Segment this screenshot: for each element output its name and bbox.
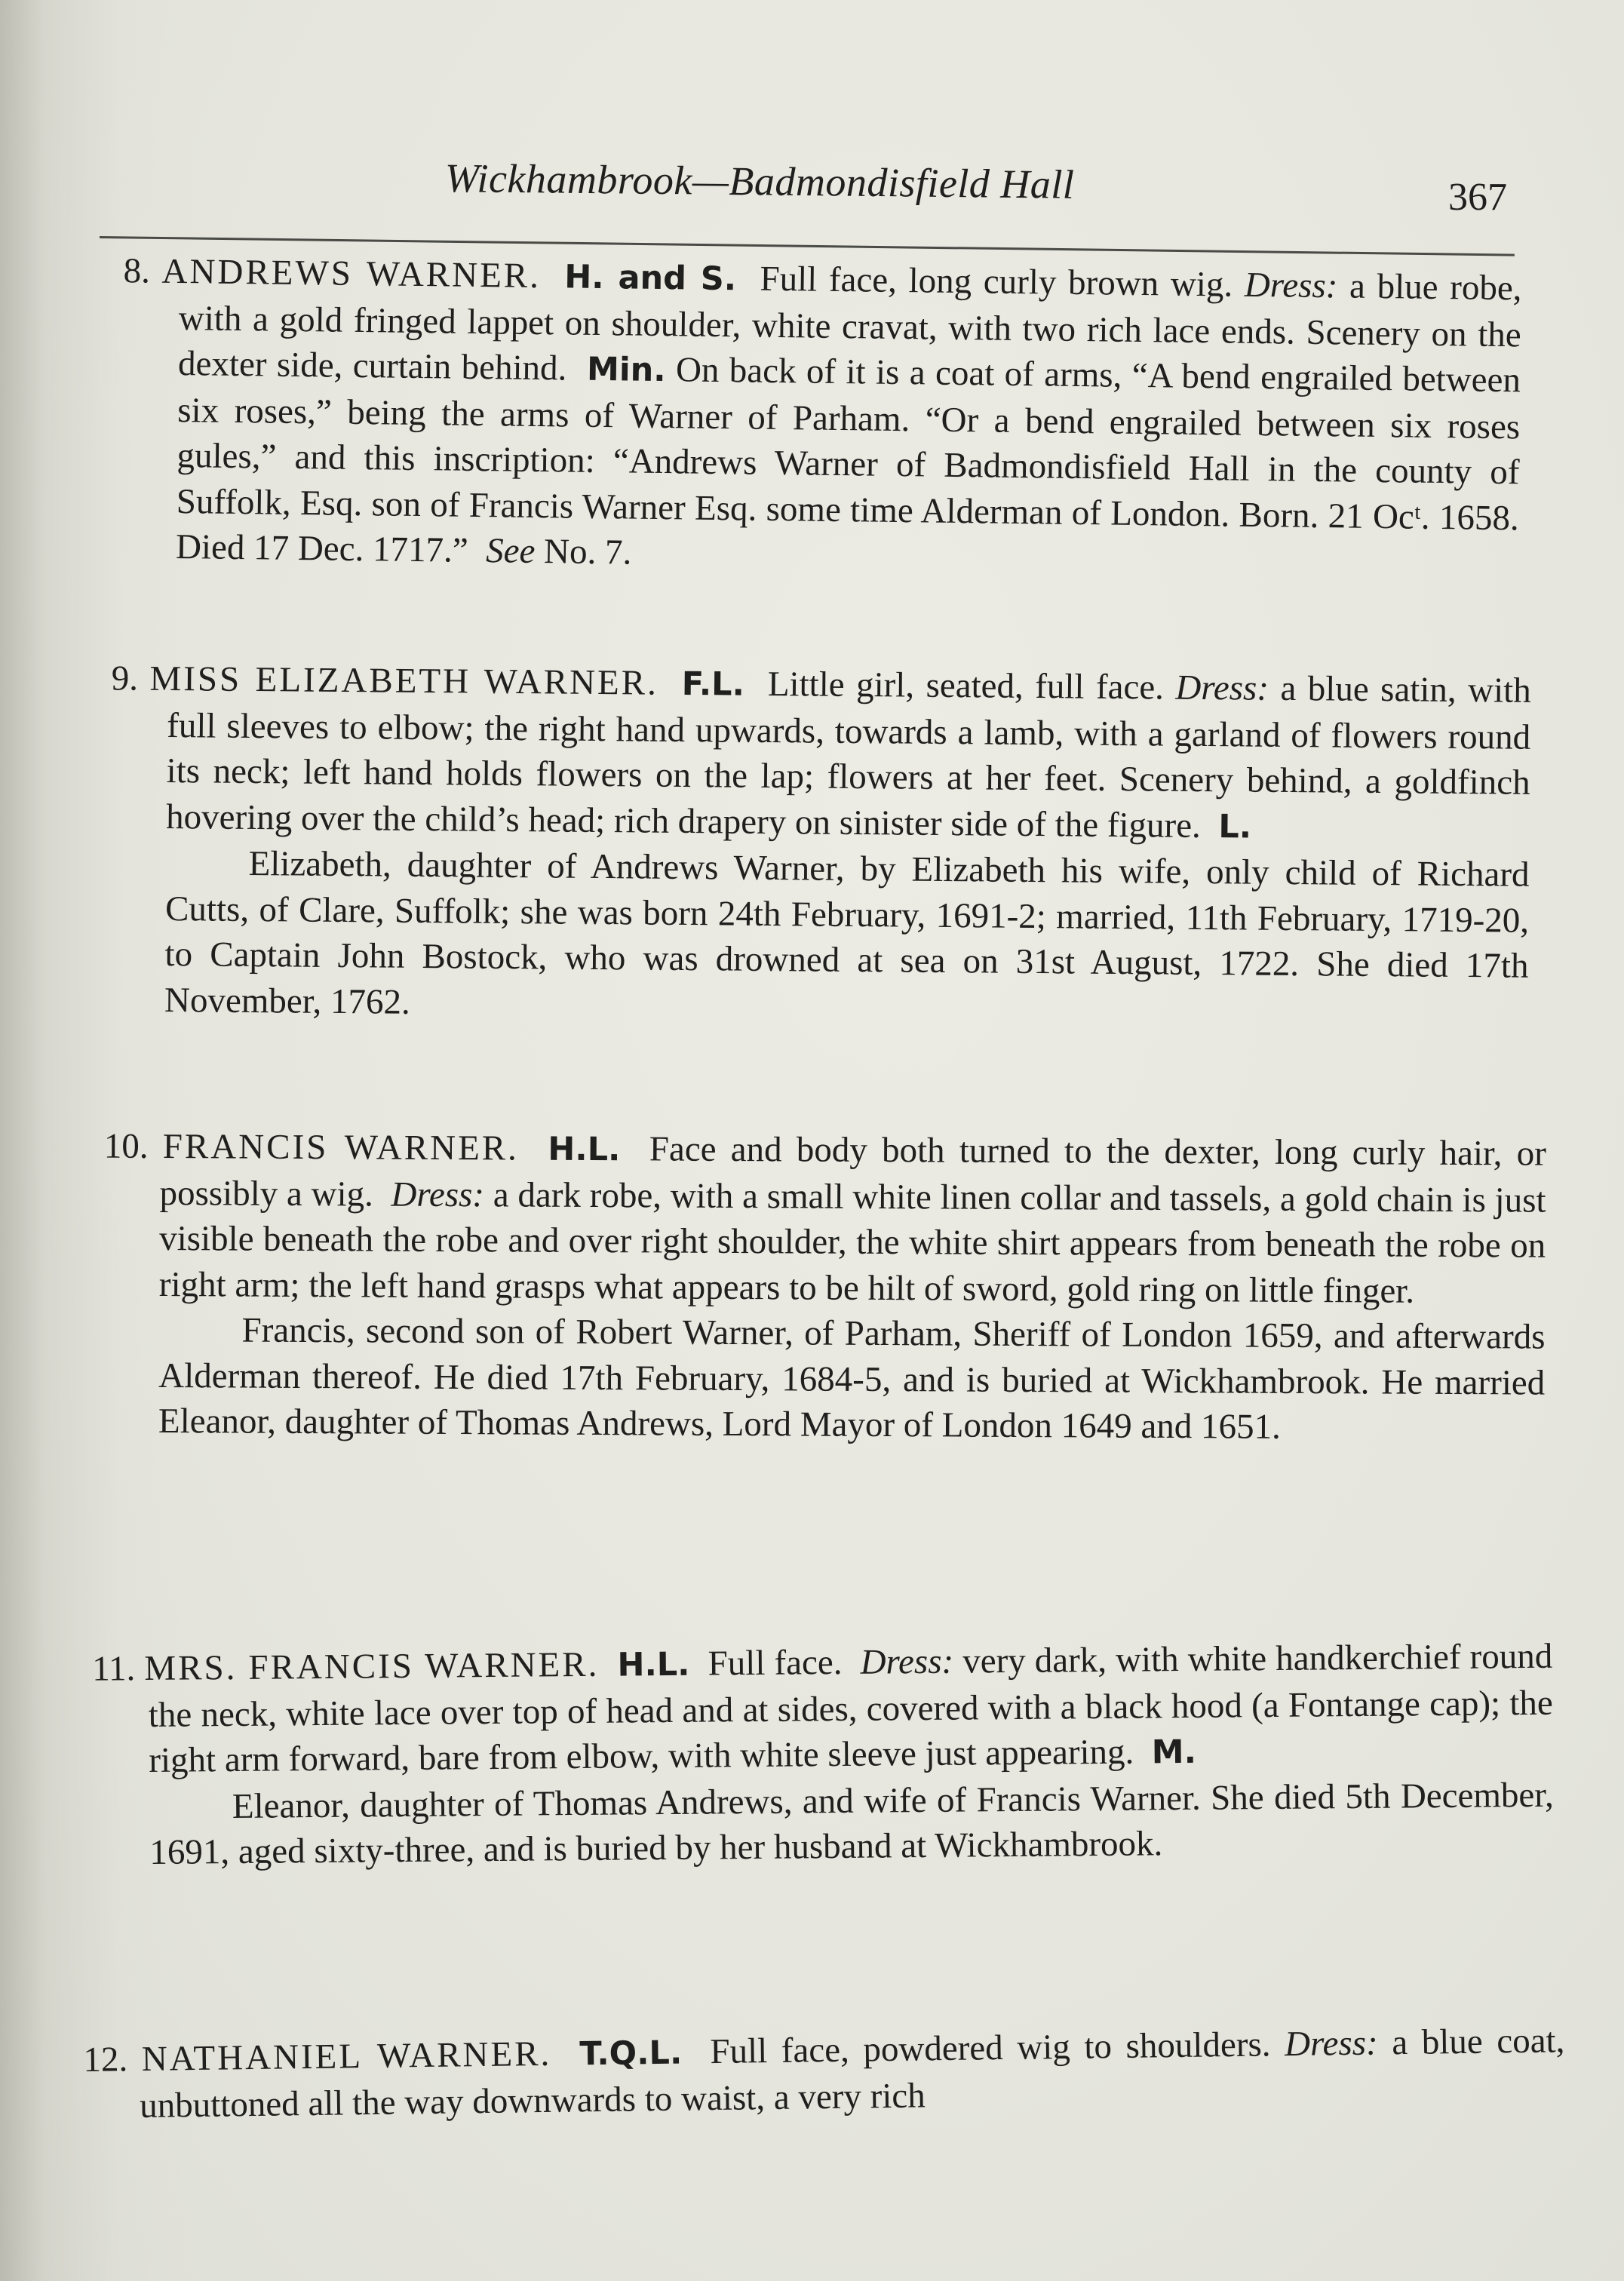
medium-code: L. xyxy=(1218,808,1251,846)
size-code: T.Q.L. xyxy=(579,2034,682,2074)
dress-label: Dress: xyxy=(391,1174,484,1214)
dress-label: Dress: xyxy=(1285,2024,1378,2065)
entry-number: 9. xyxy=(112,659,139,698)
pose-text: Full face, long curly brown wig. xyxy=(760,259,1233,305)
sitter-name: FRANCIS WARNER. xyxy=(163,1127,519,1168)
sitter-name: MISS ELIZABETH WARNER. xyxy=(149,659,659,703)
catalogue-entry-8: 8. ANDREWS WARNER. H. and S. Full face, … xyxy=(176,249,1522,587)
dress-label: Dress: xyxy=(1175,668,1269,708)
book-page: Wickhambrook—Badmondisfield Hall 367 8. … xyxy=(0,0,1624,2281)
pose-text: Full face, powdered wig to shoulders. xyxy=(710,2025,1271,2071)
sitter-name: ANDREWS WARNER. xyxy=(161,252,541,296)
cross-reference: No. 7. xyxy=(544,532,632,572)
catalogue-entry-11: 11. MRS. FRANCIS WARNER. H.L. Full face.… xyxy=(148,1634,1555,1876)
entry-description: 12. NATHANIEL WARNER. T.Q.L. Full face, … xyxy=(139,2018,1565,2129)
catalogue-entry-12: 12. NATHANIEL WARNER. T.Q.L. Full face, … xyxy=(139,2018,1565,2129)
pose-text: Full face. xyxy=(708,1643,842,1684)
size-code: H. and S. xyxy=(564,258,736,298)
entry-number: 8. xyxy=(123,251,150,290)
entry-number: 12. xyxy=(83,2040,127,2080)
catalogue-entry-9: 9. MISS ELIZABETH WARNER. F.L. Little gi… xyxy=(164,656,1531,1035)
entry-number: 10. xyxy=(104,1127,149,1166)
sitter-name: MRS. FRANCIS WARNER. xyxy=(144,1645,599,1688)
running-title: Wickhambrook—Badmondisfield Hall xyxy=(445,155,1075,208)
size-code: H.L. xyxy=(617,1646,689,1684)
pose-text: Little girl, seated, full face. xyxy=(768,665,1165,708)
medium-code: M. xyxy=(1152,1733,1197,1772)
see-label: See xyxy=(486,531,536,571)
entry-number: 11. xyxy=(92,1649,135,1688)
medium-code: Min. xyxy=(587,351,666,389)
biography-paragraph: Eleanor, daughter of Thomas Andrews, and… xyxy=(149,1772,1555,1875)
size-code: F.L. xyxy=(682,665,745,704)
dress-label: Dress: xyxy=(1244,266,1337,306)
biography-paragraph: Elizabeth, daughter of Andrews Warner, b… xyxy=(164,840,1530,1035)
size-code: H.L. xyxy=(548,1131,620,1169)
entry-description: 11. MRS. FRANCIS WARNER. H.L. Full face.… xyxy=(148,1634,1554,1785)
entry-description: 9. MISS ELIZABETH WARNER. F.L. Little gi… xyxy=(166,656,1531,852)
sitter-name: NATHANIEL WARNER. xyxy=(141,2034,551,2079)
entry-description: 8. ANDREWS WARNER. H. and S. Full face, … xyxy=(176,249,1522,587)
biography-paragraph: Francis, second son of Robert Warner, of… xyxy=(158,1307,1546,1451)
page-number: 367 xyxy=(1448,175,1507,220)
dress-label: Dress: xyxy=(860,1642,953,1682)
catalogue-entry-10: 10. FRANCIS WARNER. H.L. Face and body b… xyxy=(158,1124,1546,1451)
entry-description: 10. FRANCIS WARNER. H.L. Face and body b… xyxy=(159,1124,1546,1315)
